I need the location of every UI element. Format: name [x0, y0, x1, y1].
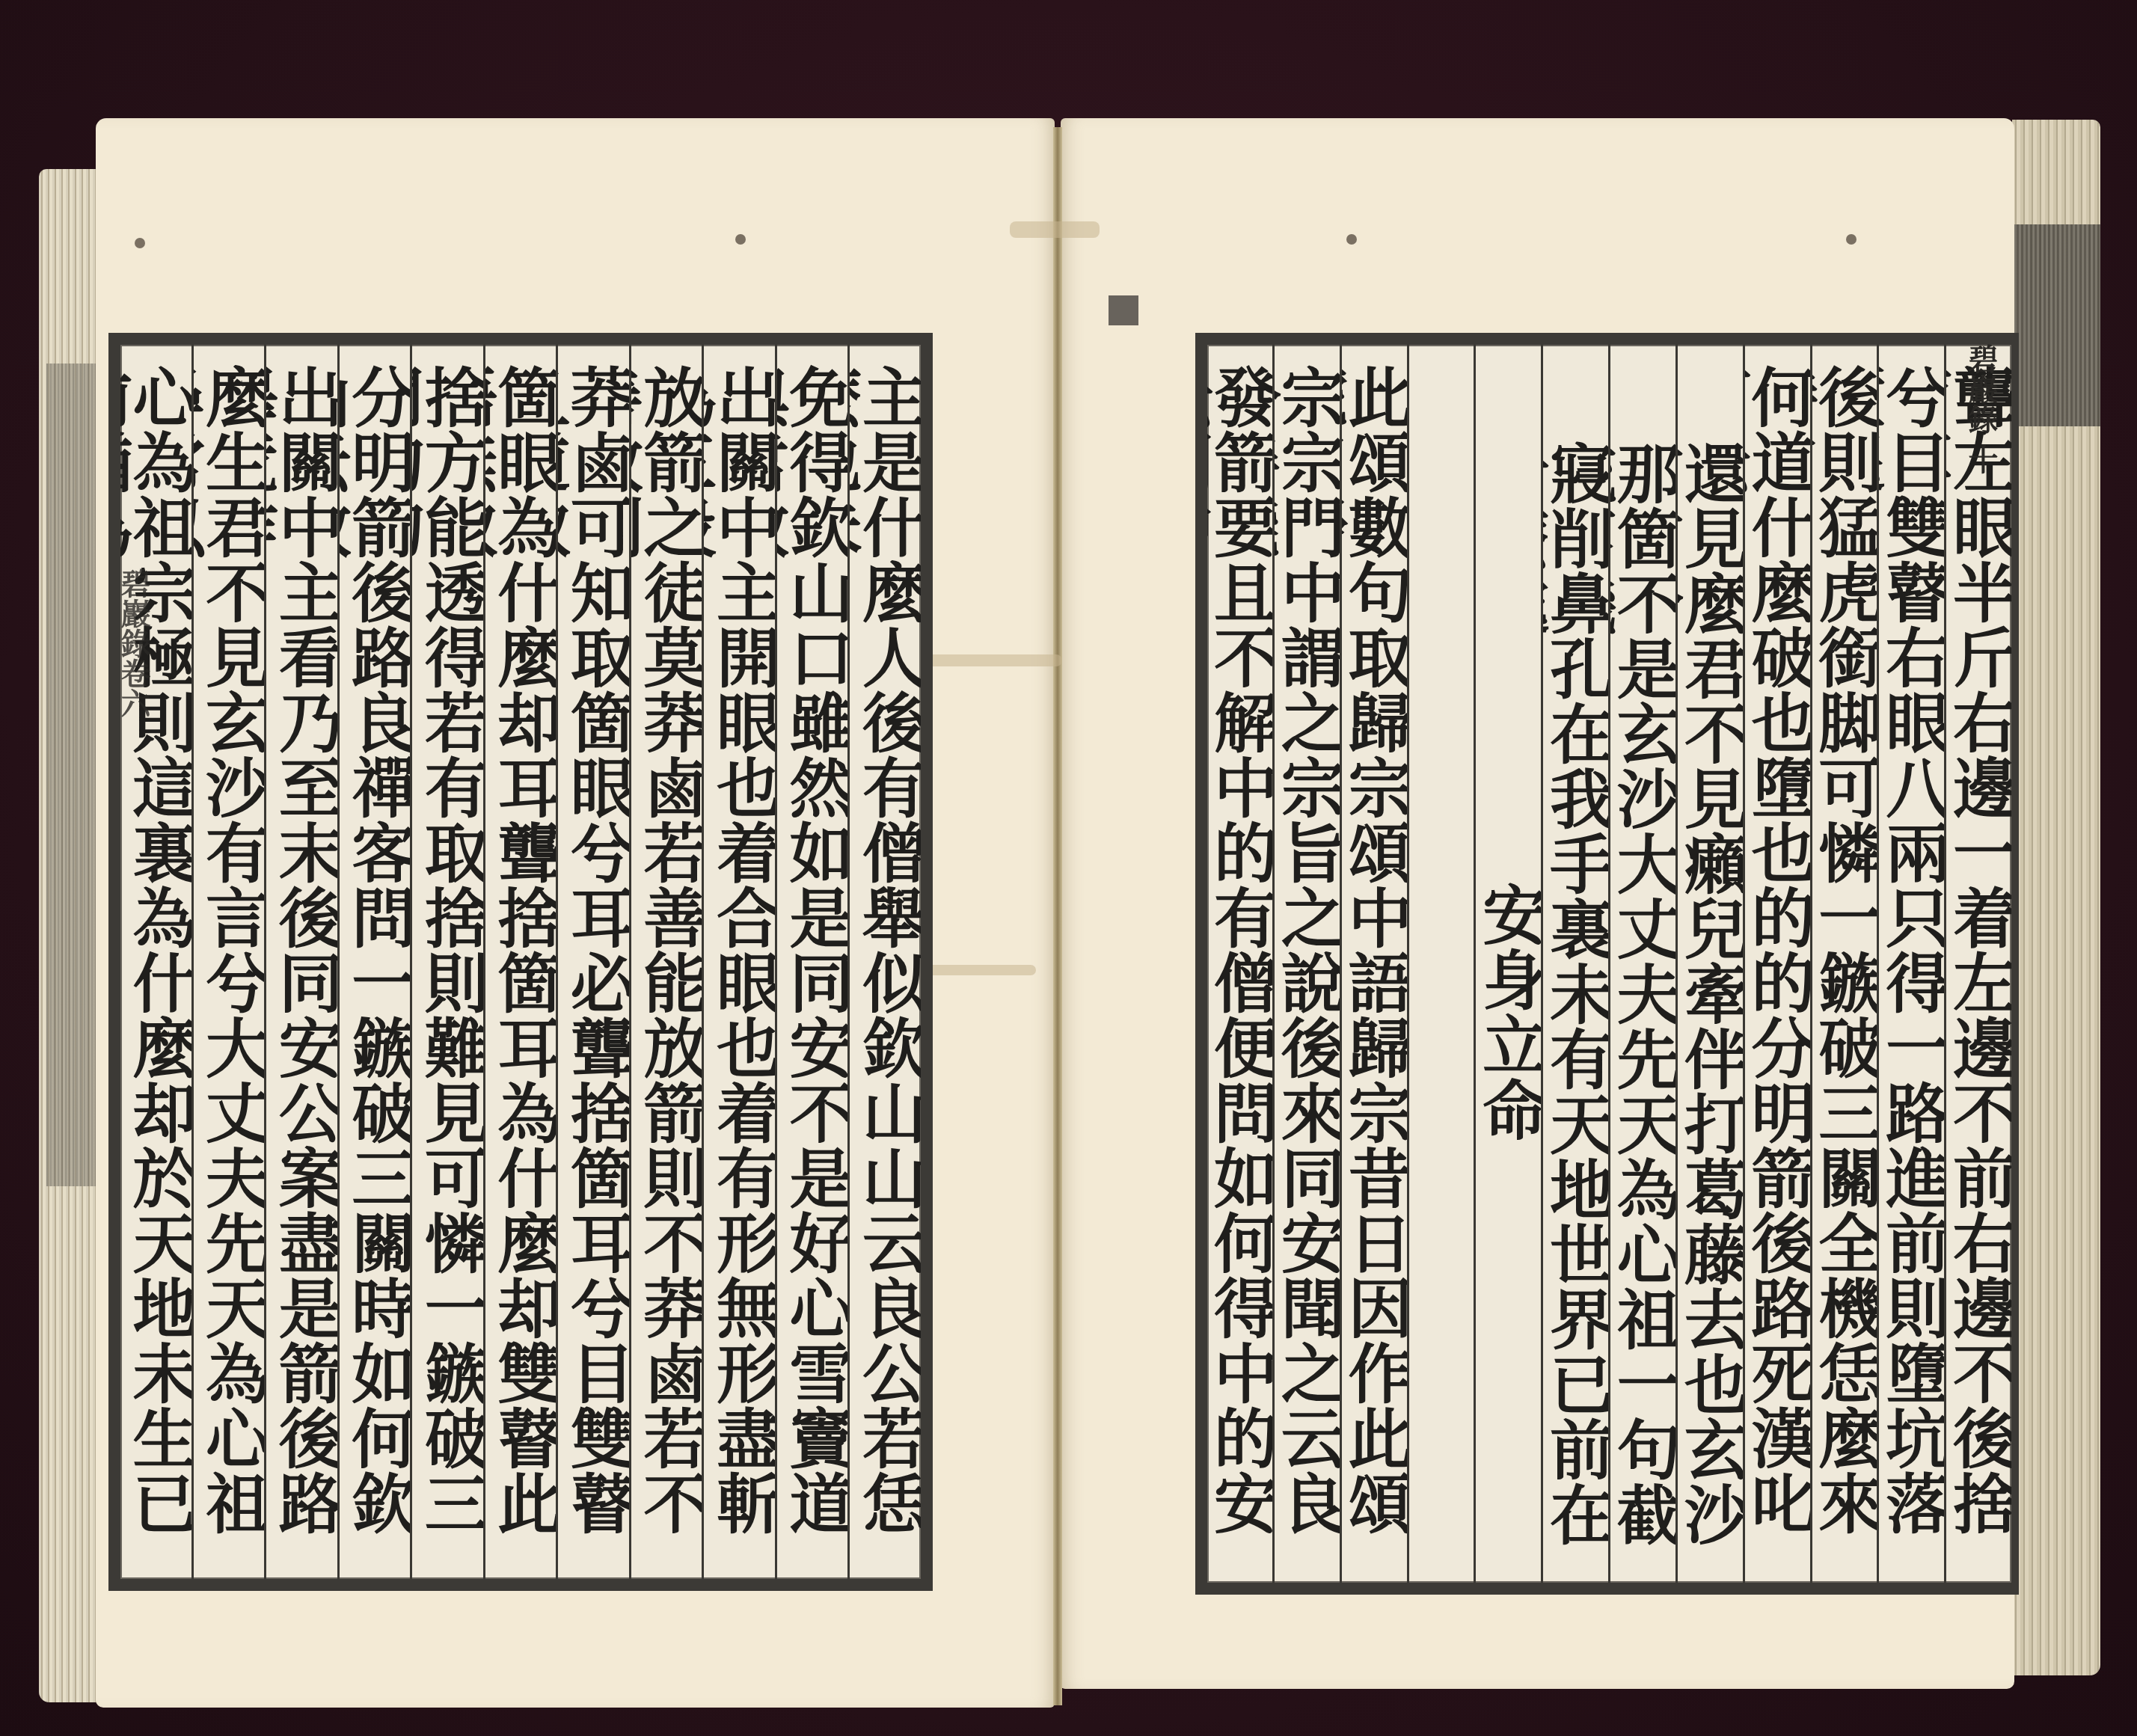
left-edge-ink-bleed [46, 364, 99, 1186]
text-column: 安身立命 [1474, 345, 1541, 1583]
binding-hole-icon [1846, 234, 1857, 245]
book-gutter [1053, 127, 1062, 1705]
left-page-text-frame: 主是什麼人後有僧舉似欽山山云良公若恁麼也未 免得欽山口雖然如是同安不是好心雪竇道… [108, 333, 933, 1591]
binding-hole-icon [735, 234, 746, 245]
left-page-columns: 主是什麼人後有僧舉似欽山山云良公若恁麼也未 免得欽山口雖然如是同安不是好心雪竇道… [120, 345, 921, 1579]
text-column: 心為祖宗極則這裏為什麼却於天地未生已前猶為 [120, 345, 191, 1579]
text-column: 出關中主看乃至末後同安公案盡是箭後路畢竟作 [264, 345, 337, 1579]
binding-hole-icon [1346, 234, 1357, 245]
text-column: 還見麼君不見癩兒牽伴打葛藤去也玄沙有言兮 [1675, 345, 1743, 1583]
text-column: 發箭要且不解中的有僧便問如何得中的安云關中 [1207, 345, 1272, 1583]
text-column: 兮目雙瞽右眼八兩只得一路進前則墮坑落壍退 [1877, 345, 1944, 1583]
text-column: 後則猛虎銜脚可憐一鏃破三關全機恁麼來時如 [1810, 345, 1877, 1583]
text-column: 分明箭後路良禪客問一鏃破三關時如何欽山云放 [337, 345, 411, 1579]
binding-hole-icon [135, 238, 145, 248]
text-column: 出關中主開眼也着合眼也着有形無形盡斬為三段 [702, 345, 775, 1579]
text-column: 箇眼為什麼却耳聾捨箇耳為什麼却雙瞽此語無取 [483, 345, 557, 1579]
text-column: 免得欽山口雖然如是同安不是好心雪竇道與君放 [775, 345, 848, 1579]
text-column: 那箇不是玄沙大丈夫先天為心祖一句截流萬機 [1608, 345, 1675, 1583]
text-column: 此頌數句取歸宗頌中語歸宗昔日因作此頌號曰歸 [1340, 345, 1407, 1583]
text-column: 聾左眼半斤右邊一着左邊不前右邊不後捨箇耳 [1944, 345, 2011, 1583]
left-page-stack-edge [39, 169, 99, 1702]
thread-stain [1010, 221, 1100, 238]
text-column: 宗宗門中謂之宗旨之說後來同安聞之云良公善能 [1272, 345, 1340, 1583]
ink-blot [1109, 295, 1138, 325]
right-page-text-frame: 聾左眼半斤右邊一着左邊不前右邊不後捨箇耳 兮目雙瞽右眼八兩只得一路進前則墮坑落壍… [1195, 333, 2019, 1595]
blank-column [1407, 345, 1474, 1583]
text-column: 莽鹵可知取箇眼兮耳必聾捨箇耳兮目雙瞽且道取 [556, 345, 629, 1579]
right-edge-ink-bleed [2012, 224, 2100, 426]
text-column: 放箭之徒莫莽鹵若善能放箭則不莽鹵若不善放則 [629, 345, 702, 1579]
text-column: 何道什麼破也墮也的的分明箭後路死漢叱打云 [1743, 345, 1810, 1583]
left-margin-title: 碧巖錄卷六 [112, 568, 155, 718]
text-column: 捨方能透得若有取捨則難見可憐一鏃破三關的的 [410, 345, 483, 1579]
right-page-columns: 聾左眼半斤右邊一着左邊不前右邊不後捨箇耳 兮目雙瞽右眼八兩只得一路進前則墮坑落壍… [1207, 345, 2011, 1583]
text-column: 寢削鼻孔在我手裏未有天地世界已前在什麼處 [1541, 345, 1608, 1583]
right-margin-title: 碧巖錄 十 [1960, 344, 2002, 474]
text-column: 麼生君不見玄沙有言兮大丈夫先天為心祖尋常以 [191, 345, 265, 1579]
right-page-stack-edge [2012, 120, 2100, 1675]
text-column: 主是什麼人後有僧舉似欽山山云良公若恁麼也未 [847, 345, 921, 1579]
